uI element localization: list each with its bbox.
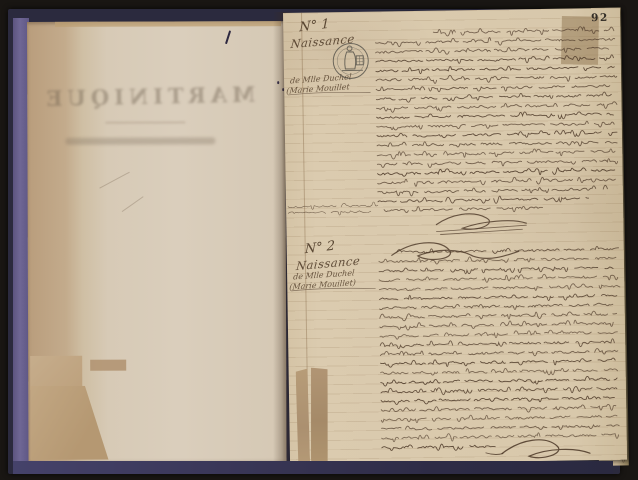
tape-repair-strip — [310, 367, 330, 464]
right-page-manuscript: 92 N° 1 Naissance de Mlle Duchel (Marie … — [283, 8, 627, 465]
repair-patch — [30, 386, 108, 460]
bleed-through-title: MARTINIQUE — [75, 82, 255, 111]
ink-mark — [225, 30, 231, 44]
bleed-through-rule — [105, 121, 185, 123]
scratch-mark — [99, 172, 129, 189]
left-page-blank: MARTINIQUE — [27, 21, 287, 462]
repair-patch — [90, 360, 126, 371]
bottom-binding-edge — [13, 461, 613, 474]
archival-register-scan: MARTINIQUE 92 N° 1 Naissance de Mlle Duc… — [0, 0, 638, 480]
bleed-through-subtitle-band — [65, 137, 215, 145]
scratch-mark — [122, 196, 144, 212]
repair-patch — [30, 356, 82, 390]
page-top-edge — [55, 21, 281, 27]
signature-flourishes — [283, 8, 627, 465]
